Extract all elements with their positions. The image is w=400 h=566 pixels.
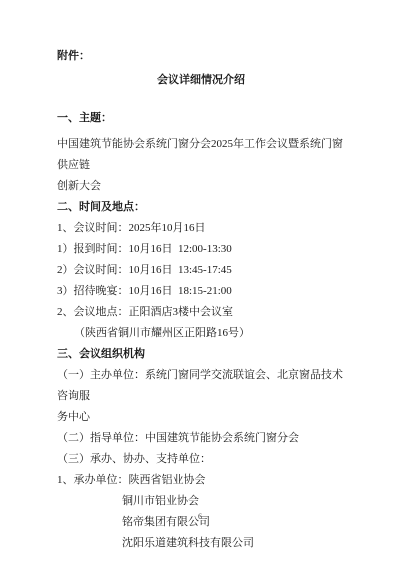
doc-title: 会议详细情况介绍 — [57, 70, 345, 91]
checkin-time-item: 1）报到时间：10月16日 12:00-13:30 — [57, 239, 345, 260]
meeting-address: （陕西省铜川市耀州区正阳路16号） — [57, 323, 345, 344]
section-1-heading: 一、主题： — [57, 108, 345, 129]
meeting-time-item: 1、会议时间：2025年10月16日 — [57, 218, 345, 239]
meeting-location-item: 2、会议地点：正阳酒店3楼中会议室 — [57, 302, 345, 323]
session-time-item: 2）会议时间：10月16日 13:45-17:45 — [57, 260, 345, 281]
host-unit-line: （一）主办单位：系统门窗同学交流联谊会、北京窗品技术咨询服 — [57, 365, 345, 407]
section-1-body-line: 创新大会 — [57, 176, 345, 197]
attachment-label: 附件： — [57, 46, 345, 67]
host-unit-line: 务中心 — [57, 407, 345, 428]
organizer-item: 1、承办单位：陕西省铝业协会 — [57, 470, 345, 491]
section-2-heading: 二、时间及地点： — [57, 197, 345, 218]
page-number: 6 — [0, 512, 400, 522]
section-3-heading: 三、会议组织机构 — [57, 344, 345, 365]
section-1-body-line: 中国建筑节能协会系统门窗分会2025年工作会议暨系统门窗供应链 — [57, 134, 345, 176]
organizers-heading-line: （三）承办、协办、支持单位： — [57, 449, 345, 470]
document-page: 附件： 会议详细情况介绍 一、主题： 中国建筑节能协会系统门窗分会2025年工作… — [0, 0, 400, 566]
guidance-unit-line: （二）指导单位：中国建筑节能协会系统门窗分会 — [57, 428, 345, 449]
organizer-item: 沈阳乐道建筑科技有限公司 — [57, 533, 345, 554]
banquet-time-item: 3）招待晚宴：10月16日 18:15-21:00 — [57, 281, 345, 302]
organizer-item: 铜川市铝业协会 — [57, 491, 345, 512]
